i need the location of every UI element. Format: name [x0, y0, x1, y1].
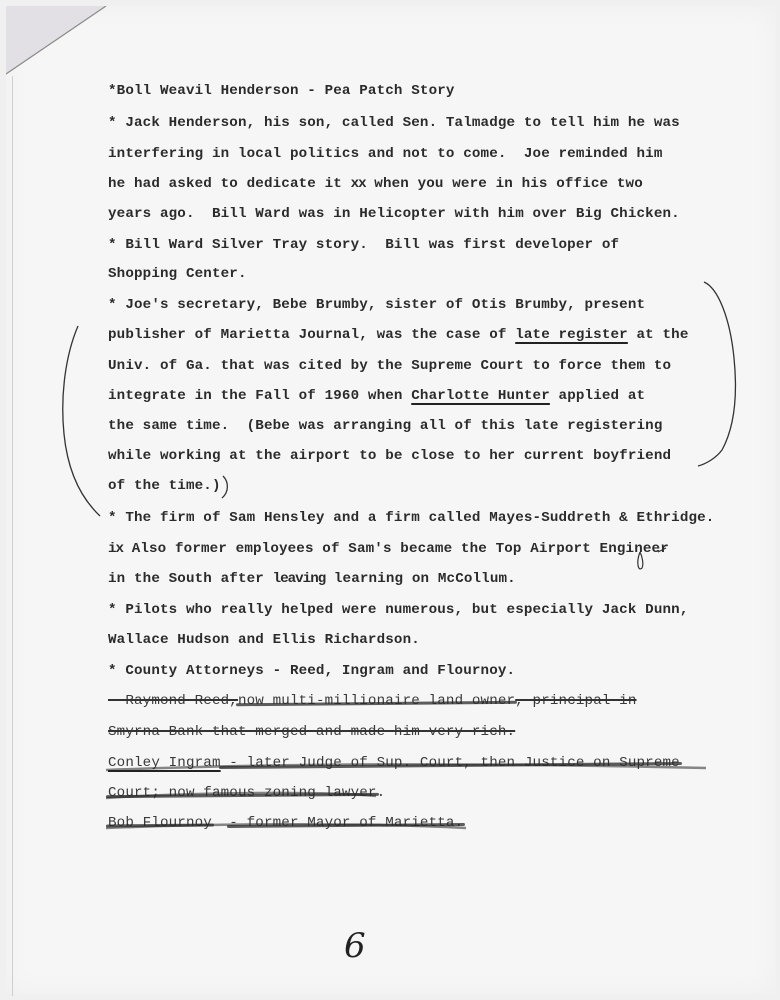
heading: *Boll Weavil Henderson - Pea Patch Story — [108, 82, 455, 100]
text-line: in the South after leaving learning on M… — [108, 570, 516, 588]
text-line: ix Also former employees of Sam's became… — [108, 540, 669, 558]
text-line: integrate in the Fall of 1960 when Charl… — [108, 387, 645, 405]
text-line: Raymond Reed,now multi-millionaire land … — [108, 692, 637, 710]
underlined-text: late register — [515, 327, 628, 343]
closing-paren-mark — [220, 474, 234, 500]
page-number: 6 — [344, 926, 366, 966]
struck-text: - former Mayor of Marietta. — [229, 814, 463, 832]
struck-text: Bob Flournoy — [108, 814, 212, 832]
typed-over-text: xx — [351, 176, 366, 192]
text-segment: learning on McCollum. — [325, 571, 516, 587]
text-line: Univ. of Ga. that was cited by the Supre… — [108, 357, 671, 375]
text-line: Shopping Center. — [108, 265, 247, 283]
struck-text: Court; now famous zoning lawyer — [108, 784, 377, 802]
text-segment: publisher of Marietta Journal, was the c… — [108, 327, 515, 343]
text-line: * The firm of Sam Hensley and a firm cal… — [108, 509, 714, 527]
text-line: Wallace Hudson and Ellis Richardson. — [108, 631, 420, 649]
text-line: years ago. Bill Ward was in Helicopter w… — [108, 205, 680, 223]
text-segment: he had asked to dedicate it — [108, 176, 351, 192]
folded-corner — [6, 6, 116, 86]
text-line: publisher of Marietta Journal, was the c… — [108, 326, 689, 344]
text-line: * Bill Ward Silver Tray story. Bill was … — [108, 236, 619, 254]
text-line: * Joe's secretary, Bebe Brumby, sister o… — [108, 296, 645, 314]
struck-text: - later Judge of Sup. Court, then Justic… — [221, 754, 680, 772]
typed-over-text: leaving — [273, 571, 326, 587]
page-edge — [12, 76, 13, 996]
text-line: * Pilots who really helped were numerous… — [108, 601, 688, 619]
text-line: Court; now famous zoning lawyer. — [108, 784, 385, 802]
typed-over-text: ix — [108, 541, 123, 557]
text-segment: in the South after — [108, 571, 273, 587]
text-line: of the time.) — [108, 477, 221, 495]
text-line: * Jack Henderson, his son, called Sen. T… — [108, 114, 680, 132]
text-segment: Also former employees of Sam's became th… — [123, 541, 669, 557]
document-page: *Boll Weavil Henderson - Pea Patch Story… — [6, 6, 776, 994]
left-bracket-annotation — [56, 324, 116, 524]
text-segment: applied at — [550, 388, 645, 404]
text-segment — [212, 815, 229, 831]
text-line: Conley Ingram - later Judge of Sup. Cour… — [108, 754, 680, 772]
struck-text: now multi-millionaire land owner — [238, 692, 515, 710]
text-line: the same time. (Bebe was arranging all o… — [108, 417, 663, 435]
text-segment: Conley Ingram — [108, 755, 221, 771]
text-line: Bob Flournoy - former Mayor of Marietta. — [108, 814, 463, 832]
text-segment: when you were in his office two — [366, 176, 643, 192]
struck-text: Smyrna Bank that merged and made him ver… — [108, 724, 515, 740]
text-segment: , principal in — [515, 693, 636, 709]
text-line: Smyrna Bank that merged and made him ver… — [108, 723, 515, 741]
text-line: he had asked to dedicate it xx when you … — [108, 175, 643, 193]
text-line: interfering in local politics and not to… — [108, 145, 663, 163]
text-segment: at the — [628, 327, 689, 343]
underlined-text: Charlotte Hunter — [411, 388, 550, 404]
text-line: while working at the airport to be close… — [108, 447, 671, 465]
text-segment: Raymond Reed, — [108, 693, 238, 709]
text-segment: integrate in the Fall of 1960 when — [108, 388, 411, 404]
text-line: * County Attorneys - Reed, Ingram and Fl… — [108, 662, 515, 680]
right-bracket-annotation — [696, 278, 756, 478]
